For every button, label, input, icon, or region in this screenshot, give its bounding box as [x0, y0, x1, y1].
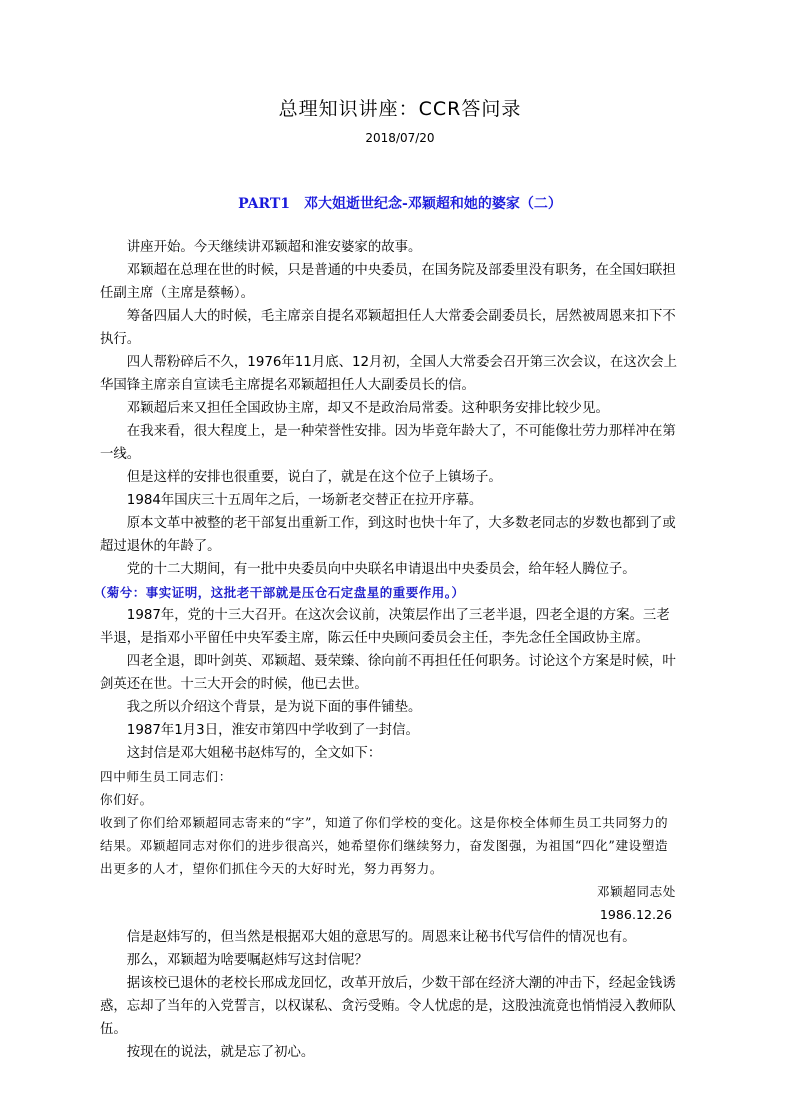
letter-date: 1986.12.26	[100, 903, 680, 926]
document-page: 总理知识讲座：CCR答问录 2018/07/20 PART1邓大姐逝世纪念-邓颖…	[0, 0, 800, 1100]
document-date: 2018/07/20	[0, 131, 800, 145]
paragraph: 四老全退，即叶剑英、邓颖超、聂荣臻、徐向前不再担任任何职务。讨论这个方案是时候，…	[100, 650, 680, 696]
paragraph: 1984年国庆三十五周年之后，一场新老交替正在拉开序幕。	[100, 489, 680, 512]
paragraph: 1987年，党的十三大召开。在这次会议前，决策层作出了三老半退，四老全退的方案。…	[100, 604, 680, 650]
part-label: PART1	[238, 196, 290, 212]
part-title: 邓大姐逝世纪念-邓颖超和她的婆家（二）	[304, 196, 562, 212]
paragraph: 信是赵炜写的，但当然是根据邓大姐的意思写的。周恩来让秘书代写信件的情况也有。	[100, 926, 680, 949]
letter-greeting: 你们好。	[100, 788, 680, 811]
paragraph: 党的十二大期间，有一批中央委员向中央联名申请退出中央委员会，给年轻人腾位子。	[100, 558, 680, 581]
paragraph: 那么，邓颖超为啥要嘱赵炜写这封信呢？	[100, 949, 680, 972]
paragraph: 据该校已退休的老校长邢成龙回忆，改革开放后，少数干部在经济大潮的冲击下，经起金钱…	[100, 972, 680, 1041]
paragraph: 原本文革中被整的老干部复出重新工作，到这时也快十年了，大多数老同志的岁数也都到了…	[100, 512, 680, 558]
quoted-letter: 四中师生员工同志们： 你们好。 收到了你们给邓颖超同志寄来的“字”，知道了你们学…	[100, 765, 680, 926]
article-body: 讲座开始。今天继续讲邓颖超和淮安婆家的故事。 邓颖超在总理在世的时候，只是普通的…	[100, 236, 680, 1064]
part-heading: PART1邓大姐逝世纪念-邓颖超和她的婆家（二）	[0, 193, 800, 213]
paragraph: 邓颖超在总理在世的时候，只是普通的中央委员，在国务院及部委里没有职务，在全国妇联…	[100, 259, 680, 305]
document-title: 总理知识讲座：CCR答问录	[0, 94, 800, 121]
paragraph: 四人帮粉碎后不久，1976年11月底、12月初，全国人大常委会召开第三次会议，在…	[100, 351, 680, 397]
paragraph: 讲座开始。今天继续讲邓颖超和淮安婆家的故事。	[100, 236, 680, 259]
paragraph: 按现在的说法，就是忘了初心。	[100, 1041, 680, 1064]
paragraph: 在我来看，很大程度上，是一种荣誉性安排。因为毕竟年龄大了，不可能像壮劳力那样冲在…	[100, 420, 680, 466]
paragraph: 1987年1月3日，淮安市第四中学收到了一封信。	[100, 719, 680, 742]
letter-signature: 邓颖超同志处	[100, 880, 680, 903]
letter-body: 收到了你们给邓颖超同志寄来的“字”，知道了你们学校的变化。这是你校全体师生员工共…	[100, 811, 680, 880]
paragraph: 但是这样的安排也很重要，说白了，就是在这个位子上镇场子。	[100, 466, 680, 489]
letter-salutation: 四中师生员工同志们：	[100, 765, 680, 788]
paragraph: 筹备四届人大的时候，毛主席亲自提名邓颖超担任人大常委会副委员长，居然被周恩来扣下…	[100, 305, 680, 351]
editor-note: （菊兮：事实证明，这批老干部就是压仓石定盘星的重要作用。）	[100, 581, 680, 604]
paragraph: 我之所以介绍这个背景，是为说下面的事件铺垫。	[100, 696, 680, 719]
paragraph: 这封信是邓大姐秘书赵炜写的，全文如下：	[100, 742, 680, 765]
paragraph: 邓颖超后来又担任全国政协主席，却又不是政治局常委。这种职务安排比较少见。	[100, 397, 680, 420]
